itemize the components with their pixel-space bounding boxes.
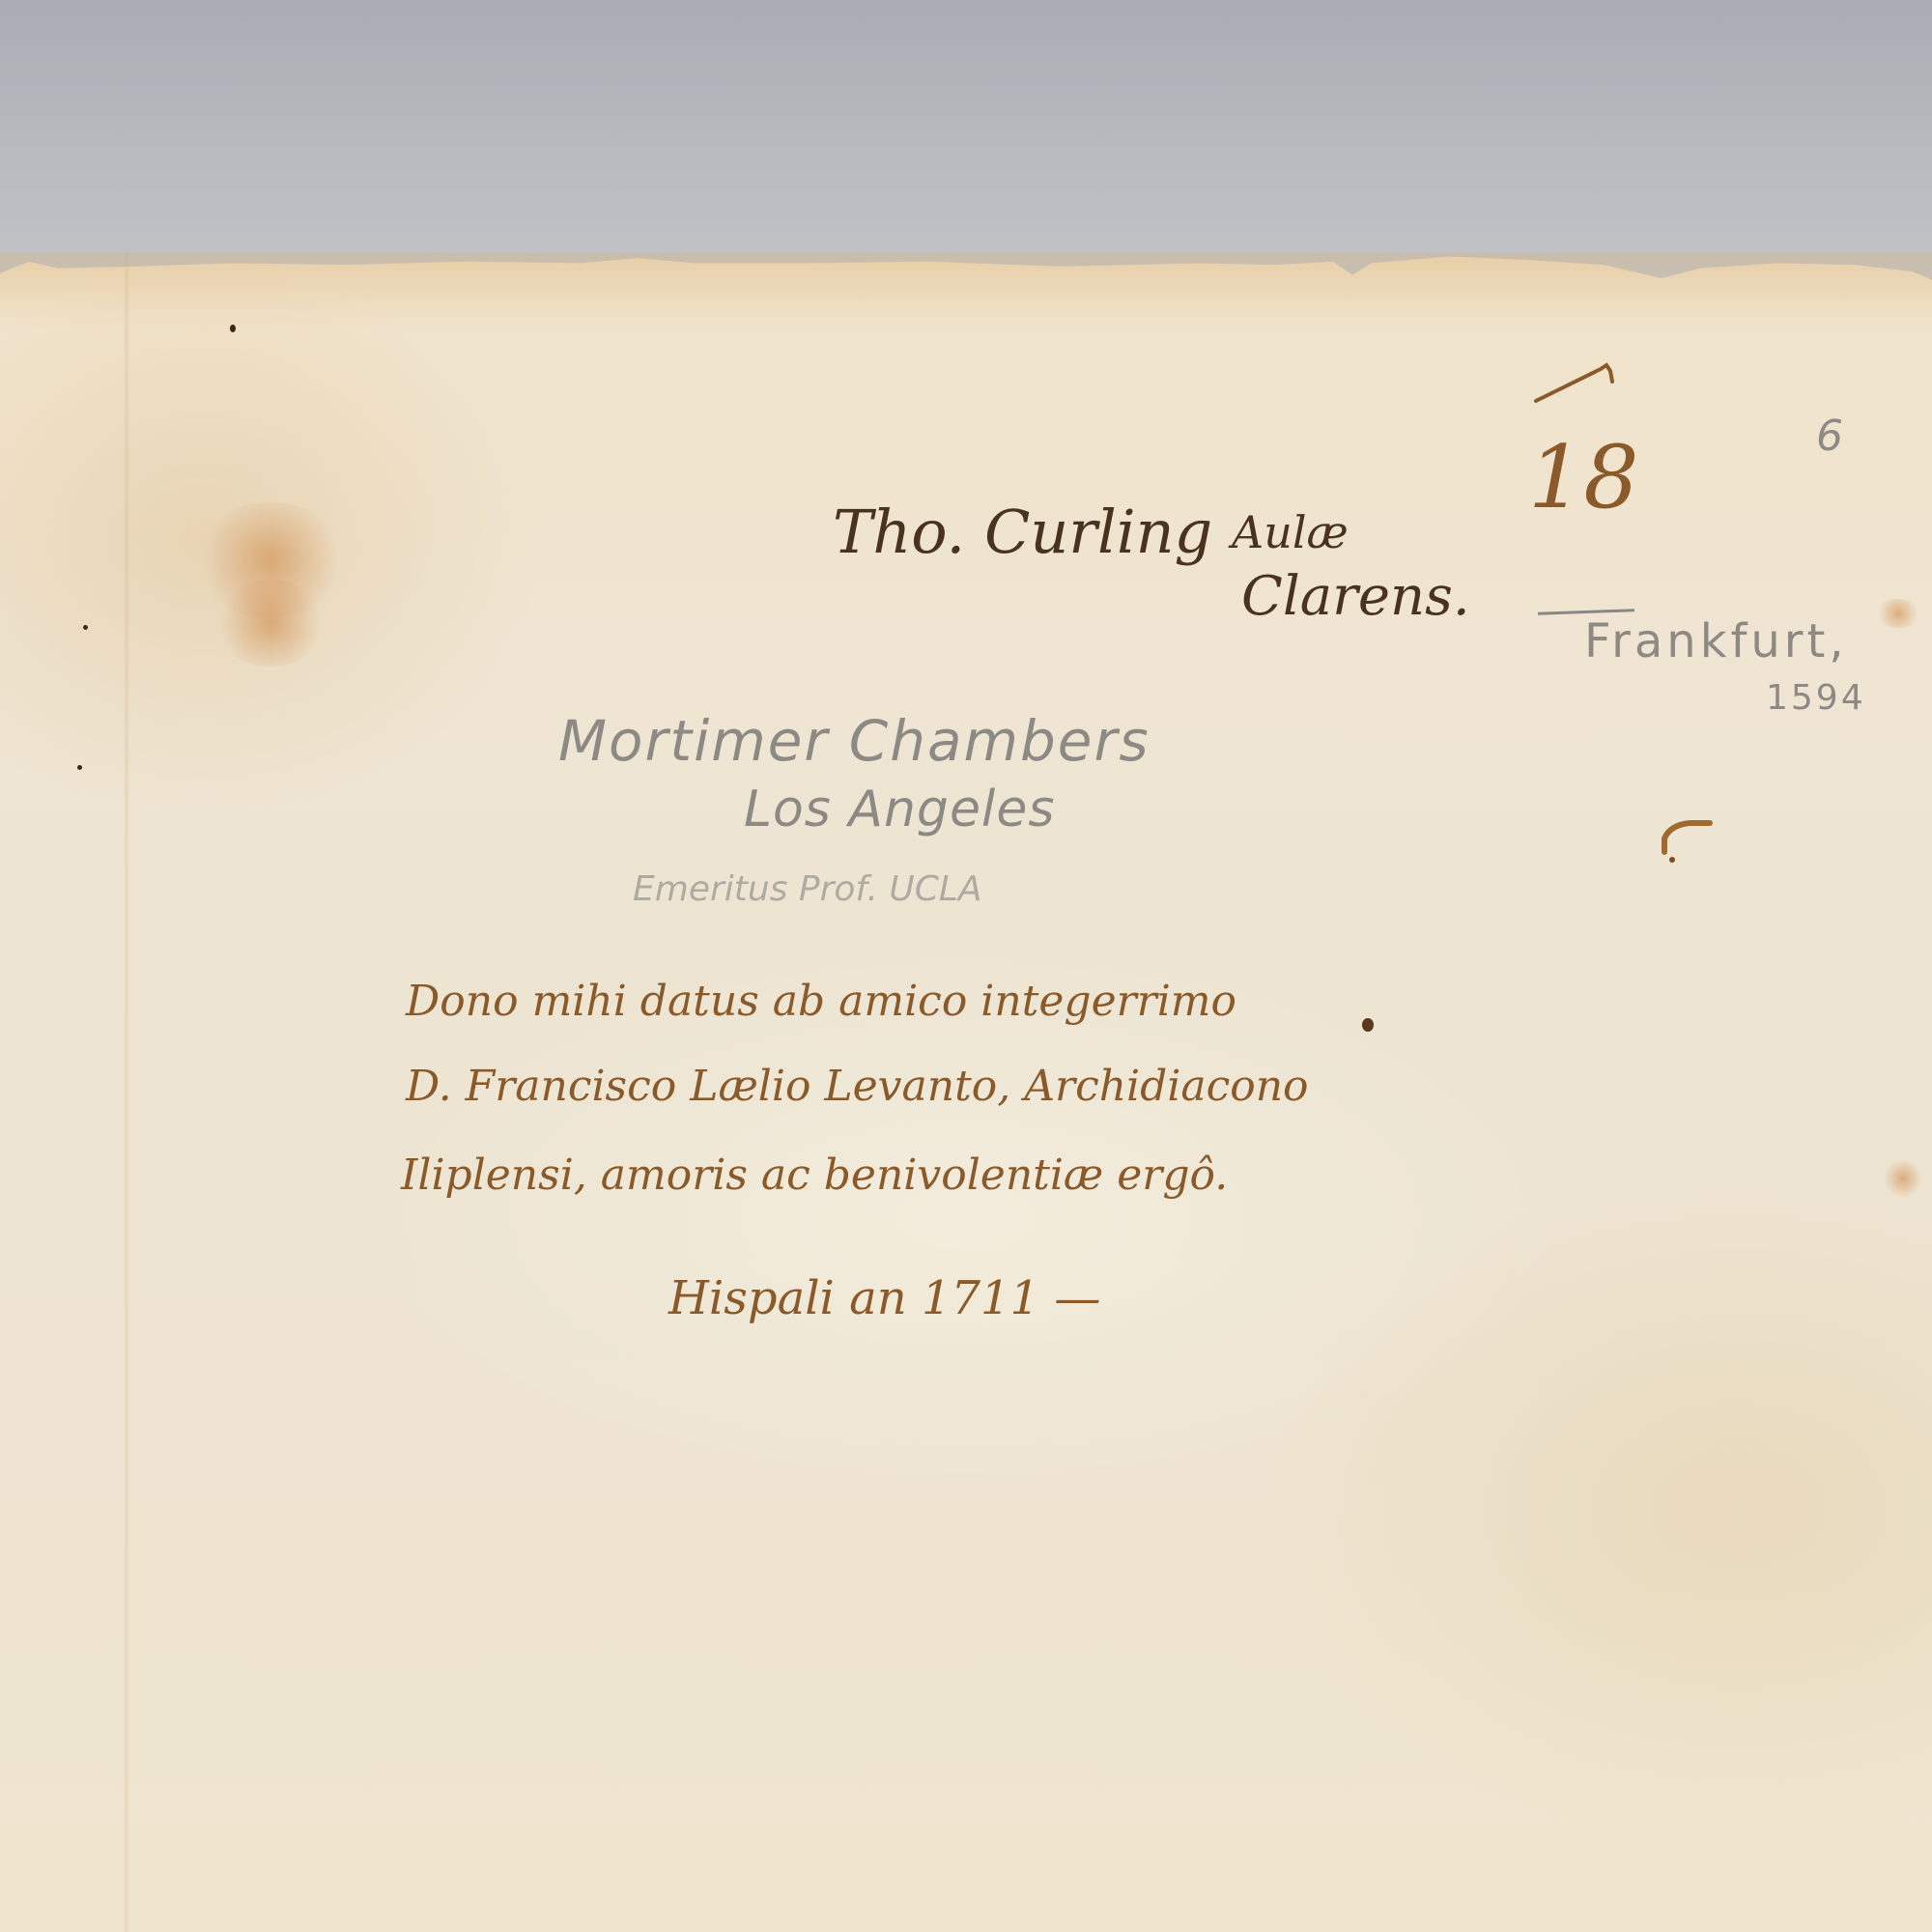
pencil-number: 6: [1816, 415, 1843, 458]
owner-signature-college-line2: Clarens.: [1241, 570, 1470, 624]
gift-inscription-place-date: Hispali an 1711 —: [668, 1275, 1100, 1321]
gift-inscription-line-1: Dono mihi datus ab amico integerrimo: [406, 980, 1236, 1023]
foxing-stain: [1884, 1159, 1922, 1198]
foxing-stain: [1874, 599, 1922, 628]
ink-caret-mark: [1531, 357, 1618, 406]
gift-inscription-line-3: Iliplensi, amoris ac benivolentiæ ergô.: [401, 1154, 1228, 1197]
owner-signature-college: Aulæ: [1232, 510, 1349, 554]
bibliographic-note-year: 1594: [1766, 681, 1866, 716]
ink-hook-mark: [1657, 811, 1724, 860]
ink-speck: [83, 625, 88, 630]
page-fold-line: [124, 253, 129, 1932]
photograph-scene: 18 6 Tho. Curling Aulæ Clarens. Frankfur…: [0, 0, 1932, 1932]
foxing-stain: [213, 580, 328, 667]
ink-speck: [1362, 1018, 1374, 1032]
shelfmark-number: 18: [1528, 435, 1639, 522]
modern-owner-title: Emeritus Prof. UCLA: [633, 872, 982, 907]
gift-inscription-line-2: D. Francisco Lælio Levanto, Archidiacono: [406, 1065, 1309, 1108]
modern-owner-city: Los Angeles: [744, 784, 1055, 835]
bibliographic-note-place: Frankfurt,: [1584, 618, 1848, 665]
modern-owner-name: Mortimer Chambers: [558, 713, 1151, 769]
ink-speck: [77, 765, 82, 770]
owner-signature-name: Tho. Curling: [833, 502, 1212, 562]
ink-speck: [230, 325, 236, 332]
